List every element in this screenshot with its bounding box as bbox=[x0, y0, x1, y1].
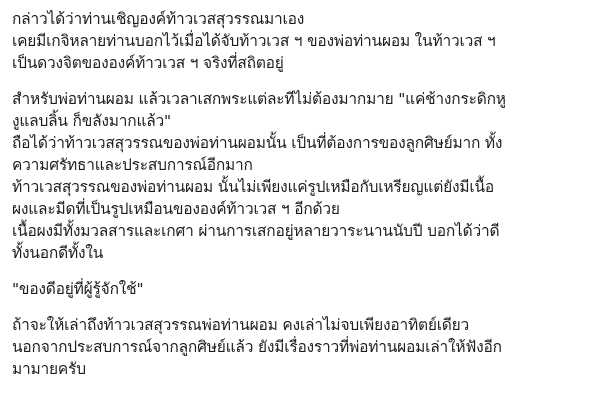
paragraph-closing: ถ้าจะให้เล่าถึงท้าวเวสสุวรรณพ่อท่านผอม ค… bbox=[12, 314, 597, 380]
text-line: เคยมีเกจิหลายท่านบอกไว้เมื่อได้จับท้าวเว… bbox=[12, 30, 597, 52]
paragraph-quote: "ของดีอยู่ที่ผู้รู้จักใช้" bbox=[12, 278, 597, 300]
text-line: ท้าวเวสสุวรรณของพ่อท่านผอม นั้นไม่เพียงแ… bbox=[12, 176, 597, 198]
text-line: นอกจากประสบการณ์จากลูกศิษย์แล้ว ยังมีเรื… bbox=[12, 336, 597, 358]
text-line: ความศรัทธาและประสบการณ์อีกมาก bbox=[12, 154, 597, 176]
text-line: เนื้อผงมีทั้งมวลสารและเกศา ผ่านการเสกอยู… bbox=[12, 220, 597, 242]
text-line: ทั้งนอกดีทั้งใน bbox=[12, 242, 597, 264]
paragraph-intro: กล่าวได้ว่าท่านเชิญองค์ท้าวเวสสุวรรณมาเอ… bbox=[12, 8, 597, 74]
text-line: กล่าวได้ว่าท่านเชิญองค์ท้าวเวสสุวรรณมาเอ… bbox=[12, 8, 597, 30]
text-line: ถือได้ว่าท้าวเวสสุวรรณของพ่อท่านผอมนั้น … bbox=[12, 132, 597, 154]
text-line: มามายครับ bbox=[12, 358, 597, 380]
text-line: ผงและมีดที่เป็นรูปเหมือนขององค์ท้าวเวส ฯ… bbox=[12, 198, 597, 220]
text-line: ถ้าจะให้เล่าถึงท้าวเวสสุวรรณพ่อท่านผอม ค… bbox=[12, 314, 597, 336]
text-line: สำหรับพ่อท่านผอม แล้วเวลาเสกพระแต่ละทีไม… bbox=[12, 88, 597, 110]
text-line: งูแลบลิ้น ก็ขลังมากแล้ว" bbox=[12, 110, 597, 132]
text-line: เป็นดวงจิตขององค์ท้าวเวส ฯ จริงที่สถิตอย… bbox=[12, 52, 597, 74]
quote-line: "ของดีอยู่ที่ผู้รู้จักใช้" bbox=[12, 278, 597, 300]
post-body: กล่าวได้ว่าท่านเชิญองค์ท้าวเวสสุวรรณมาเอ… bbox=[0, 0, 607, 417]
paragraph-details: สำหรับพ่อท่านผอม แล้วเวลาเสกพระแต่ละทีไม… bbox=[12, 88, 597, 264]
